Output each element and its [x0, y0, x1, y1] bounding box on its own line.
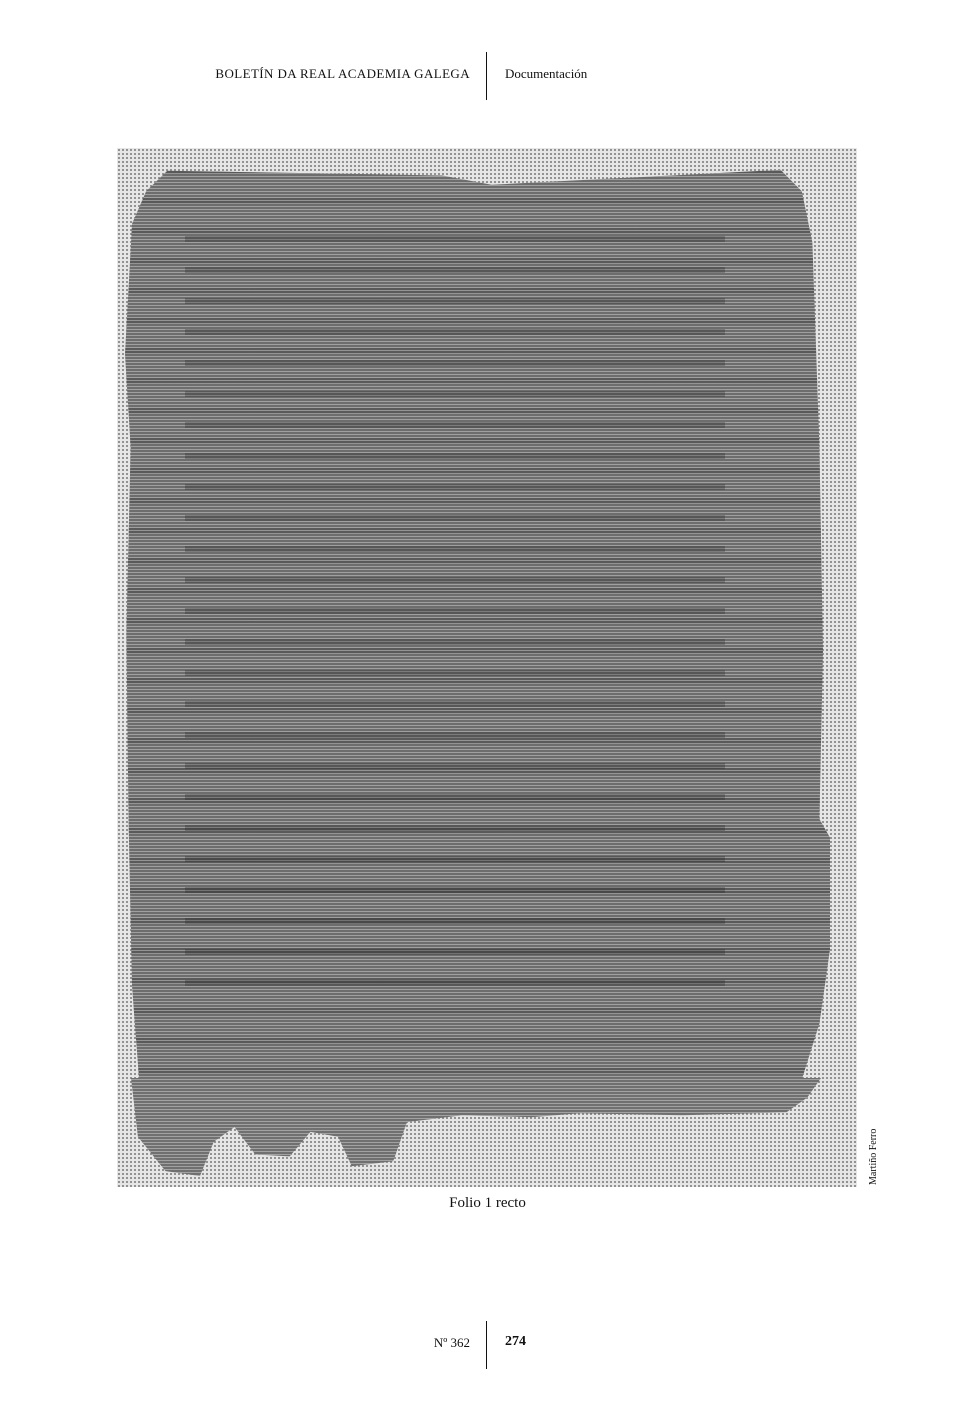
- issue-number: Nº 362: [434, 1335, 470, 1351]
- manuscript-page: [125, 168, 830, 1098]
- journal-title: BOLETÍN DA REAL ACADEMIA GALEGA: [215, 66, 470, 82]
- photo-credit: Martiño Ferro: [868, 1129, 879, 1185]
- page-number: 274: [505, 1334, 526, 1350]
- handwritten-text-lines: [185, 218, 725, 1008]
- running-header: BOLETÍN DA REAL ACADEMIA GALEGA Document…: [0, 52, 975, 100]
- header-divider: [486, 52, 487, 100]
- footer-divider: [486, 1321, 487, 1369]
- manuscript-page-lower-edge: [131, 1078, 821, 1176]
- running-footer: Nº 362 274: [0, 1321, 975, 1369]
- section-title: Documentación: [505, 66, 587, 82]
- figure-caption: Folio 1 recto: [0, 1195, 975, 1212]
- manuscript-image: [117, 148, 857, 1187]
